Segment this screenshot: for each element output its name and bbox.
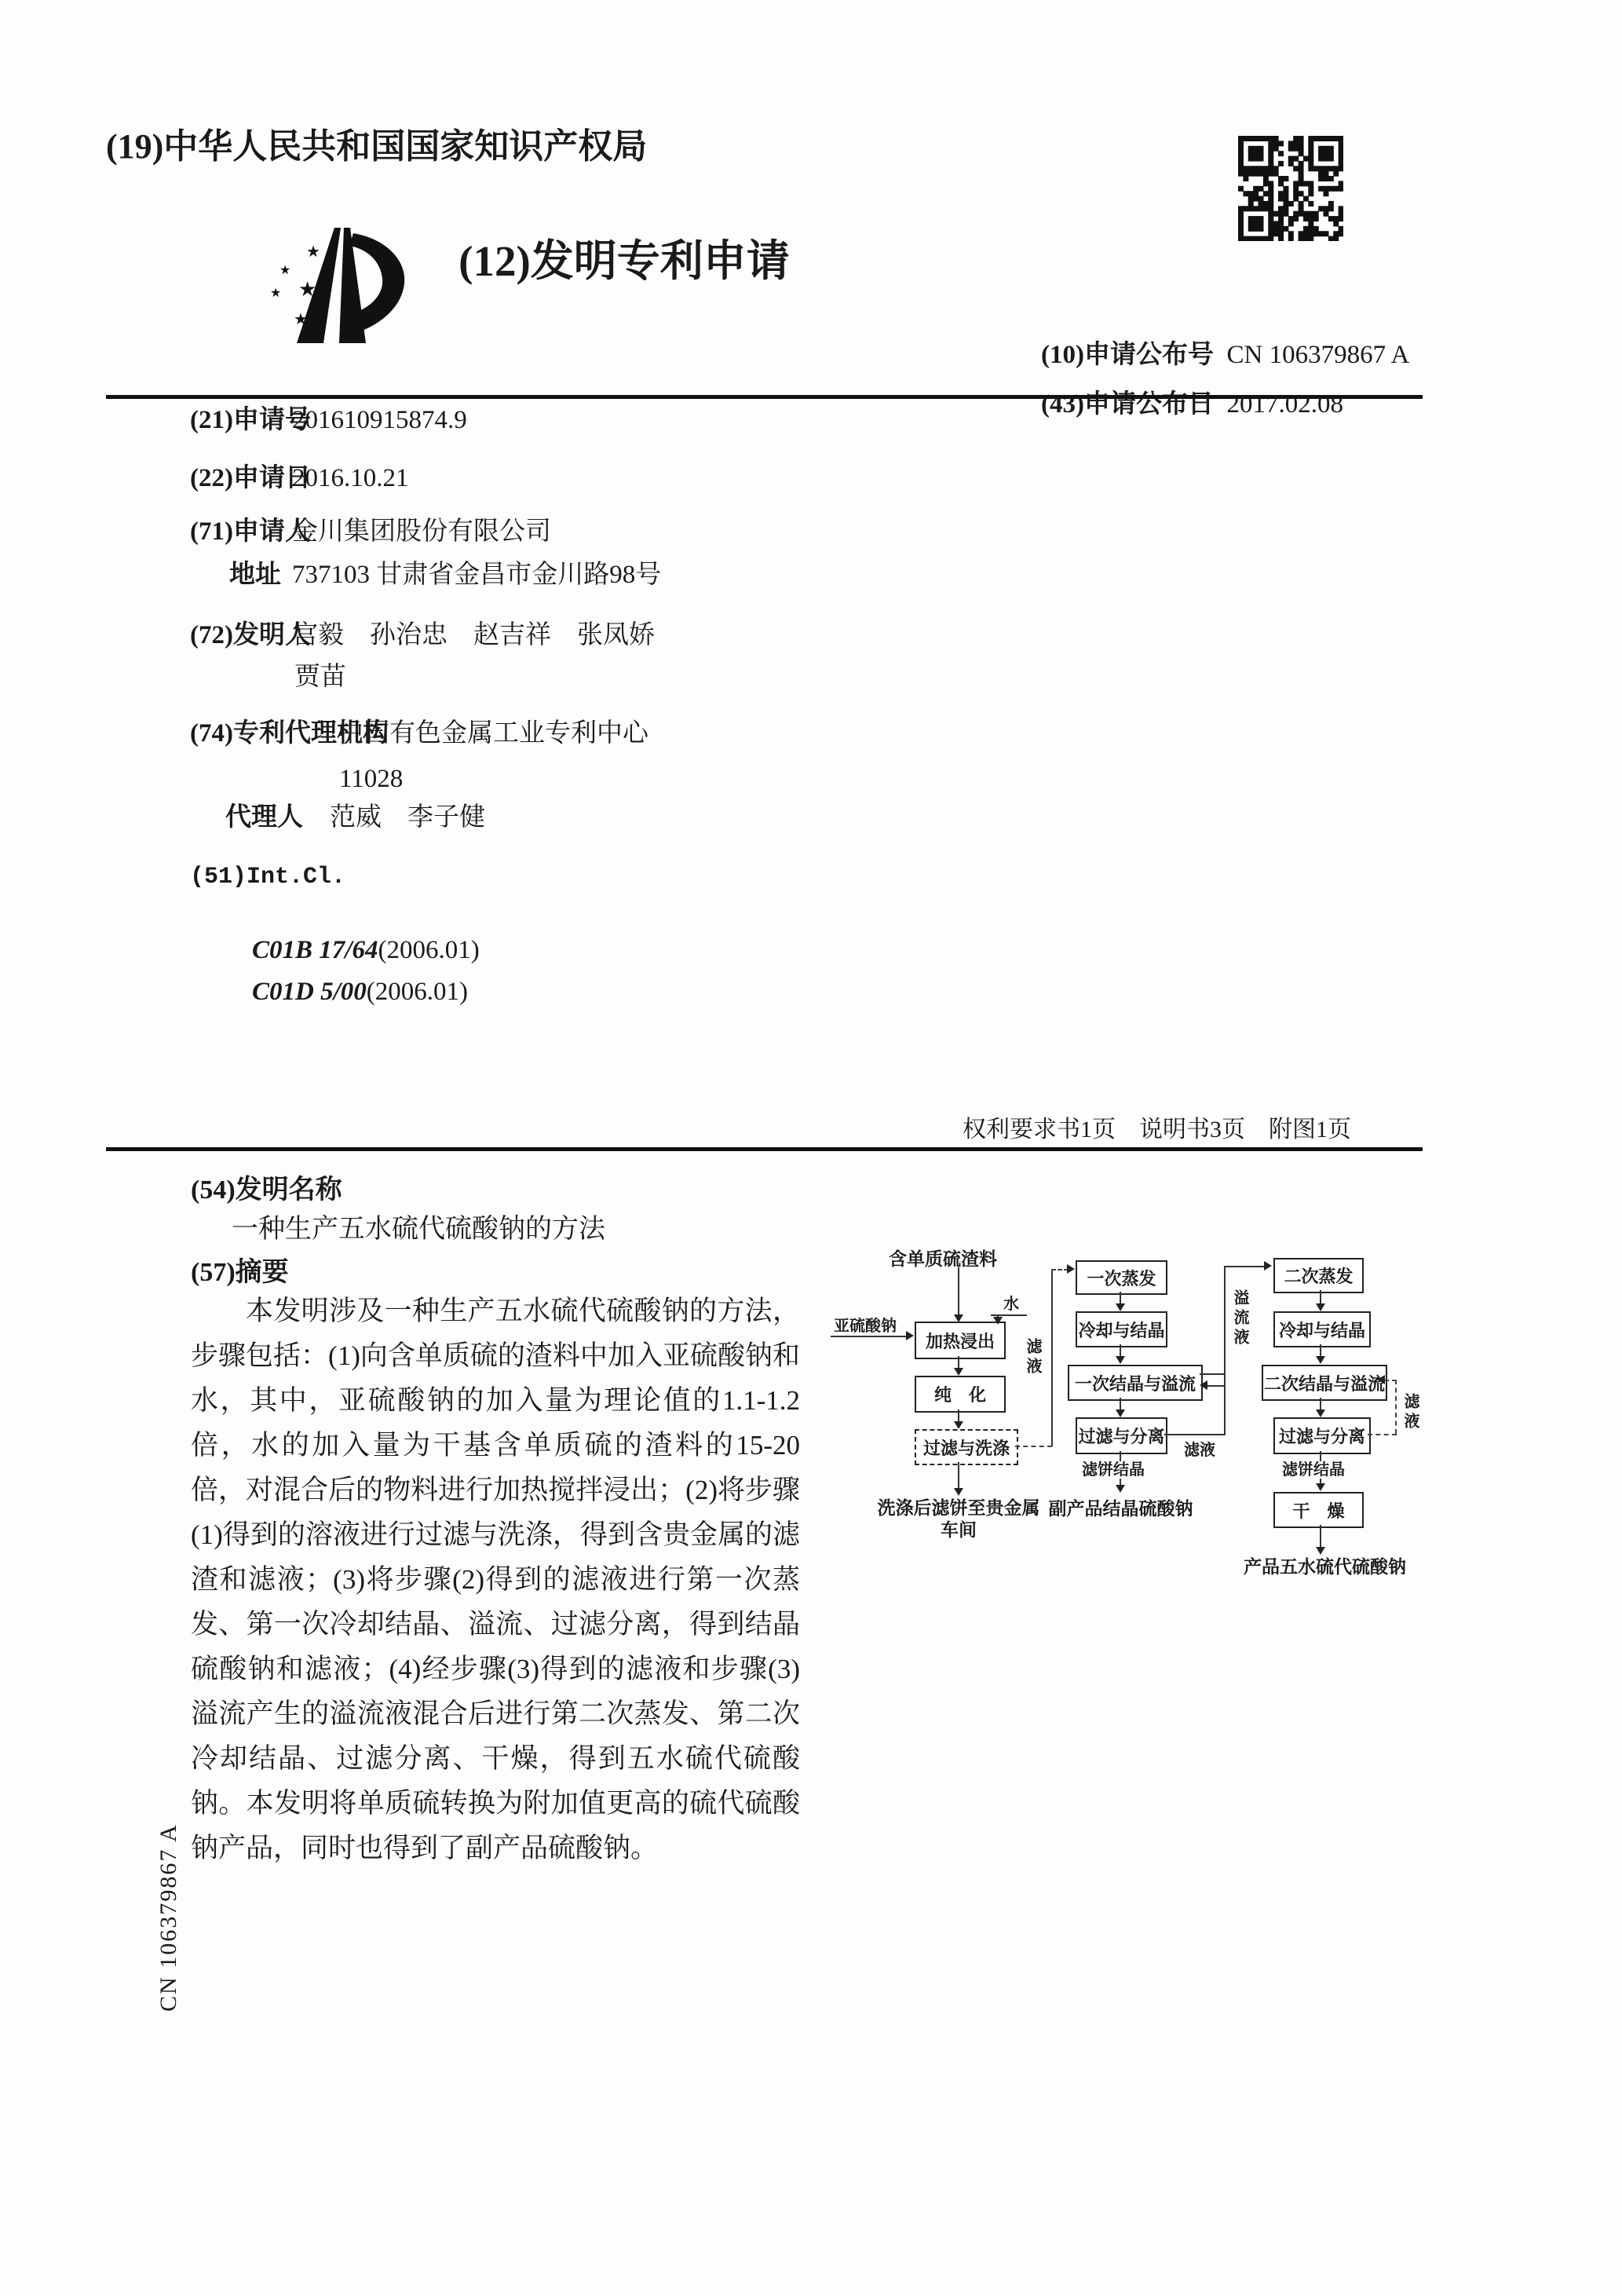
flow-output-precious-metal-cake: 洗涤后滤饼至贵金属车间 (874, 1497, 1043, 1541)
flow-label-filtrate-1: 滤液 (1024, 1338, 1041, 1377)
flow-line (991, 1314, 1027, 1316)
inventors-line2: 贾苗 (294, 661, 346, 693)
flow-line (1320, 1525, 1321, 1548)
flow-box-filter-separation-2: 过滤与分离 (1273, 1417, 1371, 1454)
abstract-label: (57)摘要 (191, 1250, 289, 1289)
flow-filtrate-line (1164, 1434, 1226, 1435)
flow-input-sulfur-slag: 含单质硫渣料 (864, 1249, 1021, 1270)
cnipa-logo: ★ ★ ★ ★ ★ (236, 185, 416, 365)
flow-box-filter-separation-1: 过滤与分离 (1076, 1417, 1167, 1454)
flow-input-sodium-sulfite: 亚硫酸钠 (834, 1318, 897, 1335)
arrow-down-icon (954, 1421, 963, 1429)
flow-overflow-line (1224, 1266, 1265, 1267)
flow-box-second-evaporation: 二次蒸发 (1273, 1258, 1364, 1293)
flow-line (831, 1336, 909, 1337)
flow-box-first-evaporation: 一次蒸发 (1076, 1260, 1167, 1295)
arrow-down-icon (1316, 1303, 1325, 1311)
biblio-divider-rule (106, 1147, 1423, 1151)
flow-box-drying: 干 燥 (1273, 1492, 1364, 1528)
cnipa-logo-graphic: ★ ★ ★ ★ ★ (236, 185, 416, 365)
arrow-right-icon (1264, 1261, 1272, 1270)
arrow-down-icon (1116, 1485, 1125, 1493)
arrow-right-icon (906, 1331, 914, 1340)
side-publication-number: CN 106379867 A (155, 1815, 182, 2020)
flow-overflow-line (1224, 1266, 1226, 1435)
flow-label-cake-crystals-1: 滤饼结晶 (1082, 1461, 1145, 1479)
flow-line (1120, 1398, 1121, 1410)
flow-filtrate-return-line (1368, 1434, 1397, 1435)
svg-text:★: ★ (294, 311, 308, 328)
agent-label: 代理人 (225, 802, 303, 833)
publication-date-row: (43)申请公布日 2017.02.08 (1015, 357, 1343, 452)
arrow-down-icon (1316, 1547, 1325, 1555)
agency-code: 11028 (339, 763, 403, 795)
address-label: 地址 (229, 559, 281, 590)
svg-text:★: ★ (279, 264, 290, 277)
patent-front-page: (19)中华人民共和国国家知识产权局 ★ ★ ★ ★ ★ (12)发明专利申请 … (0, 0, 1622, 2296)
flow-line (1120, 1292, 1121, 1304)
flow-label-cake-crystals-2: 滤饼结晶 (1282, 1461, 1345, 1479)
filing-date-value: 2016.10.21 (292, 462, 409, 494)
arrow-right-icon (1067, 1264, 1075, 1274)
arrow-down-icon (954, 1488, 963, 1496)
flow-output-byproduct-sodium-sulfate: 副产品结晶硫酸钠 (1044, 1498, 1197, 1520)
flow-line (958, 1356, 959, 1369)
flow-output-product-sodium-thiosulfate: 产品五水硫代硫酸钠 (1240, 1556, 1409, 1578)
intcl-entry-2: C01D 5/00(2006.01) (226, 945, 468, 1039)
process-flowchart: 含单质硫渣料 加热浸出 纯 化 过滤与洗涤 洗涤后滤饼至贵金属车间 亚硫酸钠 水… (816, 1241, 1523, 1590)
arrow-down-icon (1316, 1483, 1325, 1491)
flow-box-first-crystallization-overflow: 一次结晶与溢流 (1068, 1365, 1203, 1401)
flow-box-heated-leaching: 加热浸出 (915, 1322, 1006, 1359)
flow-line (1320, 1398, 1321, 1410)
arrow-down-icon (1316, 1356, 1325, 1364)
abstract-text: 本发明涉及一种生产五水硫代硫酸钠的方法，步骤包括：(1)向含单质硫的渣料中加入亚… (191, 1289, 800, 1870)
flow-filtrate-line (1051, 1269, 1053, 1446)
flow-line (1320, 1290, 1321, 1304)
flow-line (958, 1267, 959, 1314)
flow-box-purification: 纯 化 (915, 1376, 1006, 1413)
invention-title-label: (54)发明名称 (191, 1168, 342, 1206)
svg-text:★: ★ (306, 243, 320, 261)
flow-line (1120, 1344, 1121, 1357)
flow-box-cooling-crystallization-2: 冷却与结晶 (1273, 1311, 1371, 1347)
arrow-down-icon (1116, 1356, 1125, 1364)
flow-filtrate-return-line (1384, 1380, 1397, 1381)
arrow-down-icon (1116, 1303, 1125, 1311)
flow-line (1320, 1344, 1321, 1357)
address-value: 737103 甘肃省金昌市金川路98号 (292, 559, 661, 590)
svg-text:★: ★ (270, 287, 281, 300)
flow-box-filter-wash: 过滤与洗涤 (915, 1429, 1018, 1465)
flow-line (958, 1462, 959, 1489)
arrow-down-icon (1316, 1409, 1325, 1417)
flow-overflow-line (1200, 1373, 1226, 1375)
flow-filtrate-return-line (1395, 1380, 1397, 1434)
flow-box-second-crystallization-overflow: 二次结晶与溢流 (1262, 1365, 1387, 1401)
flow-filtrate-line (1051, 1269, 1069, 1270)
arrow-left-icon (1377, 1375, 1385, 1384)
arrow-down-icon (993, 1317, 1003, 1325)
qr-code (1238, 136, 1343, 241)
flow-filtrate-return-line (1207, 1385, 1226, 1387)
arrow-down-icon (954, 1368, 963, 1376)
flow-label-filtrate-2: 滤液 (1184, 1442, 1215, 1459)
intcl-label: (51)Int.Cl. (190, 861, 345, 893)
flow-input-water: 水 (1003, 1296, 1019, 1313)
arrow-left-icon (1200, 1380, 1207, 1390)
intcl-entry-2-code: C01D 5/00 (252, 978, 367, 1006)
qr-code-svg (1238, 136, 1343, 241)
document-type-title: (12)发明专利申请 (404, 226, 844, 288)
header-divider-rule (106, 395, 1423, 399)
svg-text:★: ★ (298, 278, 316, 301)
office-name: (19)中华人民共和国国家知识产权局 (106, 118, 647, 168)
inventors-line1: 宫毅 孙治忠 赵吉祥 张凤娇 (292, 620, 655, 651)
arrow-down-icon (1116, 1409, 1125, 1417)
agents-value: 范威 李子健 (330, 802, 485, 833)
flow-label-filtrate-3: 滤液 (1401, 1393, 1419, 1432)
pages-summary: 权利要求书1页 说明书3页 附图1页 (891, 1110, 1423, 1144)
application-number-value: 201610915874.9 (292, 404, 467, 436)
intcl-entry-2-version: (2006.01) (367, 978, 468, 1006)
flow-filtrate-line (1015, 1446, 1052, 1447)
flow-box-cooling-crystallization-1: 冷却与结晶 (1076, 1311, 1167, 1347)
agency-value: 中国有色金属工业专利中心 (338, 718, 648, 749)
flow-line (958, 1409, 959, 1422)
applicant-value: 金川集团股份有限公司 (292, 516, 551, 547)
invention-title: 一种生产五水硫代硫酸钠的方法 (232, 1207, 605, 1245)
flow-label-overflow-liquid: 溢流液 (1231, 1289, 1248, 1348)
